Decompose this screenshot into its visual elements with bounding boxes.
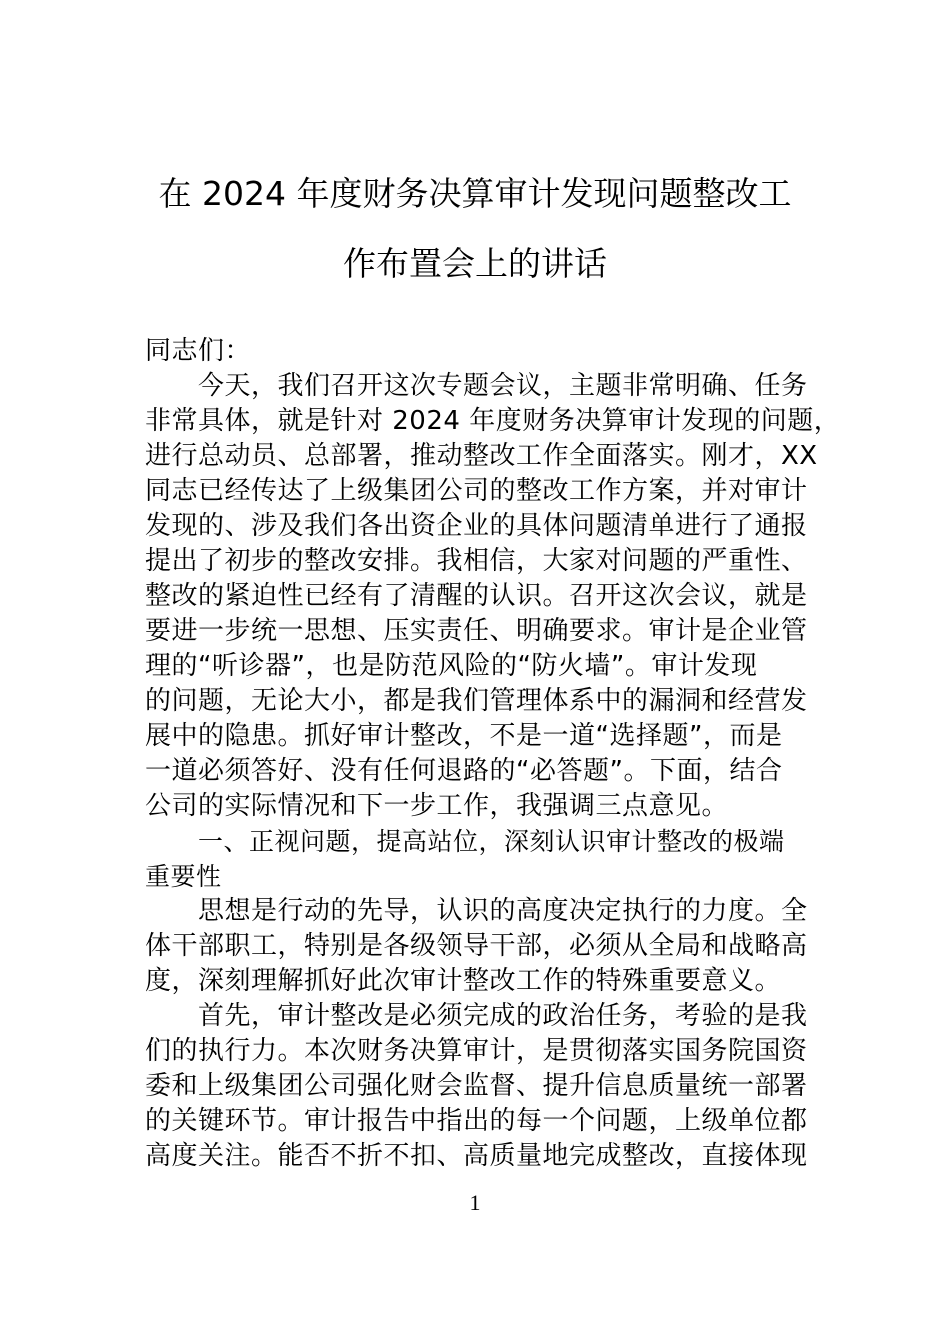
paragraph-line: 思想是行动的先导，认识的高度决定执行的力度。全 — [145, 894, 807, 929]
paragraph-line: 理的“听诊器”，也是防范风险的“防火墙”。审计发现 — [145, 649, 807, 684]
document-title-line-2: 作布置会上的讲话 — [140, 244, 810, 284]
paragraph-line: 同志已经传达了上级集团公司的整改工作方案，并对审计 — [145, 474, 807, 509]
paragraph-line: 非常具体，就是针对 2024 年度财务决算审计发现的问题， — [145, 404, 807, 439]
paragraph-line: 提出了初步的整改安排。我相信，大家对问题的严重性、 — [145, 544, 807, 579]
paragraph-line: 的关键环节。审计报告中指出的每一个问题，上级单位都 — [145, 1104, 807, 1139]
paragraph-line: 体干部职工，特别是各级领导干部，必须从全局和战略高 — [145, 929, 807, 964]
document-title-line-1: 在 2024 年度财务决算审计发现问题整改工 — [140, 174, 810, 214]
paragraph-line: 公司的实际情况和下一步工作，我强调三点意见。 — [145, 789, 807, 824]
page-number: 1 — [0, 1188, 950, 1218]
paragraph-line: 们的执行力。本次财务决算审计，是贯彻落实国务院国资 — [145, 1034, 807, 1069]
document-page: 在 2024 年度财务决算审计发现问题整改工 作布置会上的讲话 同志们： 今天，… — [0, 0, 950, 1344]
paragraph-line: 的问题，无论大小，都是我们管理体系中的漏洞和经营发 — [145, 684, 807, 719]
paragraph-line: 首先，审计整改是必须完成的政治任务，考验的是我 — [145, 999, 807, 1034]
section-heading-line: 重要性 — [145, 859, 807, 894]
paragraph-line: 展中的隐患。抓好审计整改，不是一道“选择题”，而是 — [145, 719, 807, 754]
paragraph-line: 发现的、涉及我们各出资企业的具体问题清单进行了通报 — [145, 509, 807, 544]
paragraph-line: 今天，我们召开这次专题会议，主题非常明确、任务 — [145, 369, 807, 404]
paragraph-line: 进行总动员、总部署，推动整改工作全面落实。刚才，XX — [145, 439, 807, 474]
salutation: 同志们： — [145, 334, 807, 369]
document-body: 同志们： 今天，我们召开这次专题会议，主题非常明确、任务 非常具体，就是针对 2… — [145, 334, 807, 1174]
paragraph-line: 度，深刻理解抓好此次审计整改工作的特殊重要意义。 — [145, 964, 807, 999]
paragraph-line: 要进一步统一思想、压实责任、明确要求。审计是企业管 — [145, 614, 807, 649]
section-heading-line: 一、正视问题，提高站位，深刻认识审计整改的极端 — [145, 824, 807, 859]
paragraph-line: 高度关注。能否不折不扣、高质量地完成整改，直接体现 — [145, 1139, 807, 1174]
paragraph-line: 一道必须答好、没有任何退路的“必答题”。下面，结合 — [145, 754, 807, 789]
paragraph-line: 委和上级集团公司强化财会监督、提升信息质量统一部署 — [145, 1069, 807, 1104]
paragraph-line: 整改的紧迫性已经有了清醒的认识。召开这次会议，就是 — [145, 579, 807, 614]
